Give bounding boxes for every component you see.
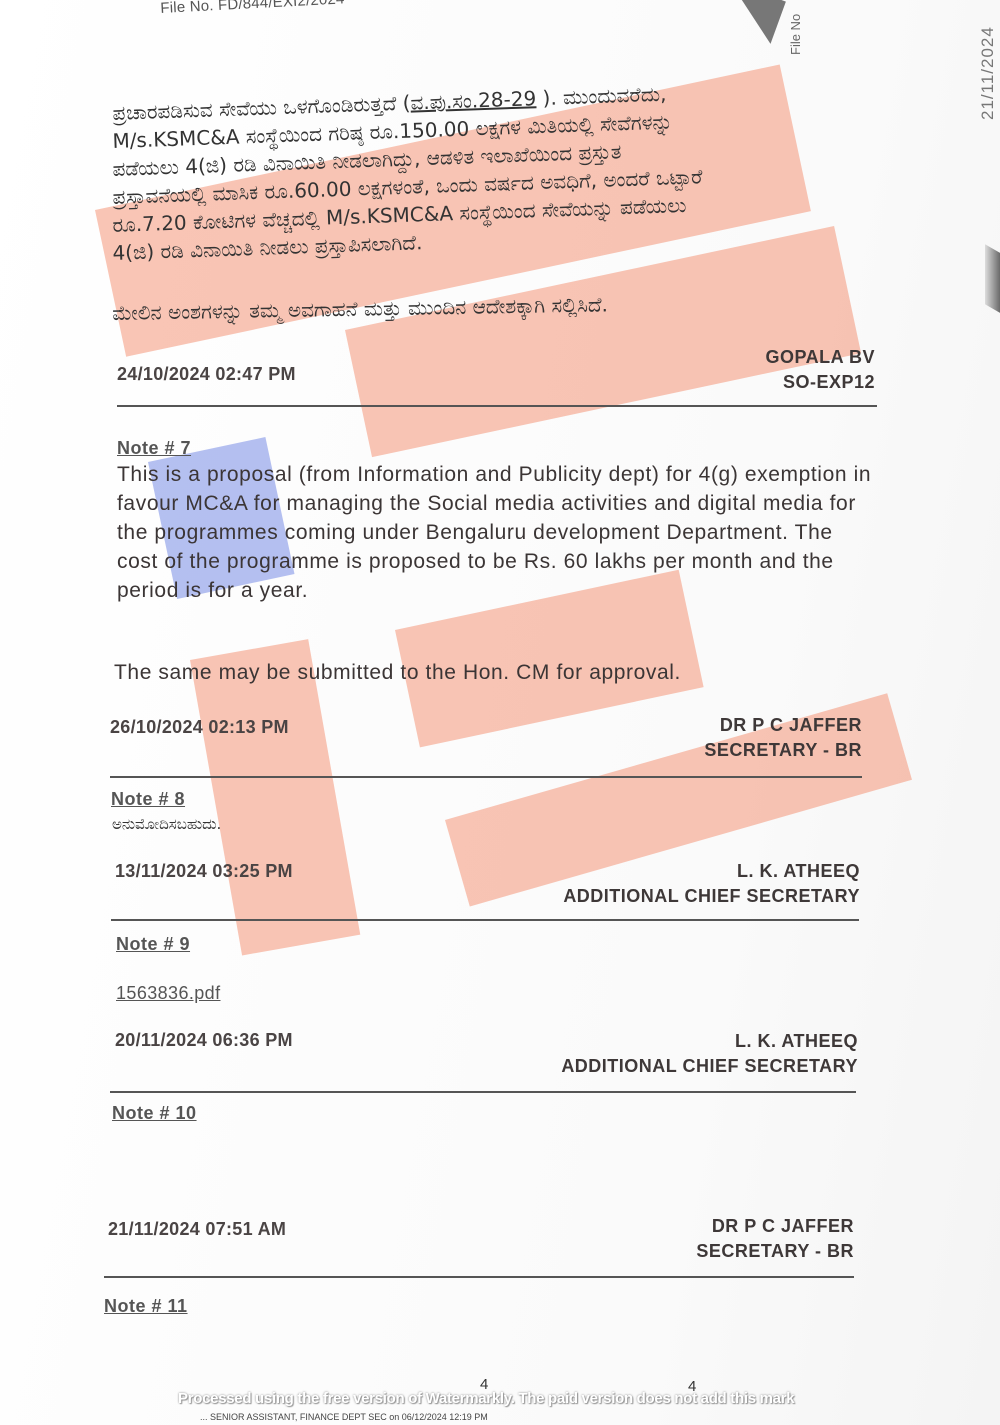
divider [111, 919, 859, 921]
signatory-designation: SO-EXP12 [765, 370, 875, 395]
signatory-designation: SECRETARY - BR [704, 738, 862, 763]
note-heading: Note # 10 [112, 1103, 197, 1124]
note-heading: Note # 8 [111, 789, 185, 810]
signatory-designation: ADDITIONAL CHIEF SECRETARY [561, 1054, 858, 1079]
signatory-designation: SECRETARY - BR [696, 1239, 854, 1264]
note-recommendation: The same may be submitted to the Hon. CM… [114, 661, 681, 685]
divider [117, 405, 877, 407]
note-heading: Note # 11 [104, 1296, 188, 1317]
document-page: File No. FD/844/EXI2/2024- File No 21/11… [0, 0, 1000, 1425]
signatory-name: L. K. ATHEEQ [563, 859, 860, 884]
signatory-block: GOPALA BV SO-EXP12 [765, 345, 875, 395]
signatory-name: DR P C JAFFER [704, 713, 862, 738]
note-body: This is a proposal (from Information and… [117, 460, 877, 605]
note-timestamp: 20/11/2024 06:36 PM [115, 1030, 293, 1051]
signatory-block: L. K. ATHEEQ ADDITIONAL CHIEF SECRETARY [563, 859, 860, 909]
note-heading: Note # 7 [117, 438, 191, 459]
divider [104, 1276, 854, 1278]
signatory-block: DR P C JAFFER SECRETARY - BR [704, 713, 862, 763]
note-timestamp: 24/10/2024 02:47 PM [117, 364, 296, 385]
note-heading: Note # 9 [116, 934, 190, 955]
kannada-closing: ಮೇಲಿನ ಅಂಶಗಳನ್ನು ತಮ್ಮ ಅವಗಾಹನೆ ಮತ್ತು ಮುಂದಿ… [112, 291, 608, 326]
note-timestamp: 13/11/2024 03:25 PM [115, 861, 293, 882]
note-timestamp: 21/11/2024 07:51 AM [108, 1219, 286, 1240]
signatory-block: DR P C JAFFER SECRETARY - BR [696, 1214, 854, 1264]
attachment-link[interactable]: 1563836.pdf [116, 983, 221, 1004]
note-timestamp: 26/10/2024 02:13 PM [110, 717, 289, 738]
signatory-name: DR P C JAFFER [696, 1214, 854, 1239]
signatory-name: GOPALA BV [765, 345, 875, 370]
divider [110, 1091, 856, 1093]
signatory-designation: ADDITIONAL CHIEF SECRETARY [563, 884, 860, 909]
signatory-name: L. K. ATHEEQ [561, 1029, 858, 1054]
divider [110, 776, 862, 778]
watermark-notice: Processed using the free version of Wate… [178, 1390, 794, 1407]
signatory-block: L. K. ATHEEQ ADDITIONAL CHIEF SECRETARY [561, 1029, 858, 1079]
reference-link[interactable]: ವ.ಪು.ಸಂ.28-29 [410, 86, 537, 114]
print-footer: ... SENIOR ASSISTANT, FINANCE DEPT SEC o… [200, 1412, 488, 1422]
note-body: ಅನುಮೋದಿಸಬಹುದು. [112, 815, 221, 833]
